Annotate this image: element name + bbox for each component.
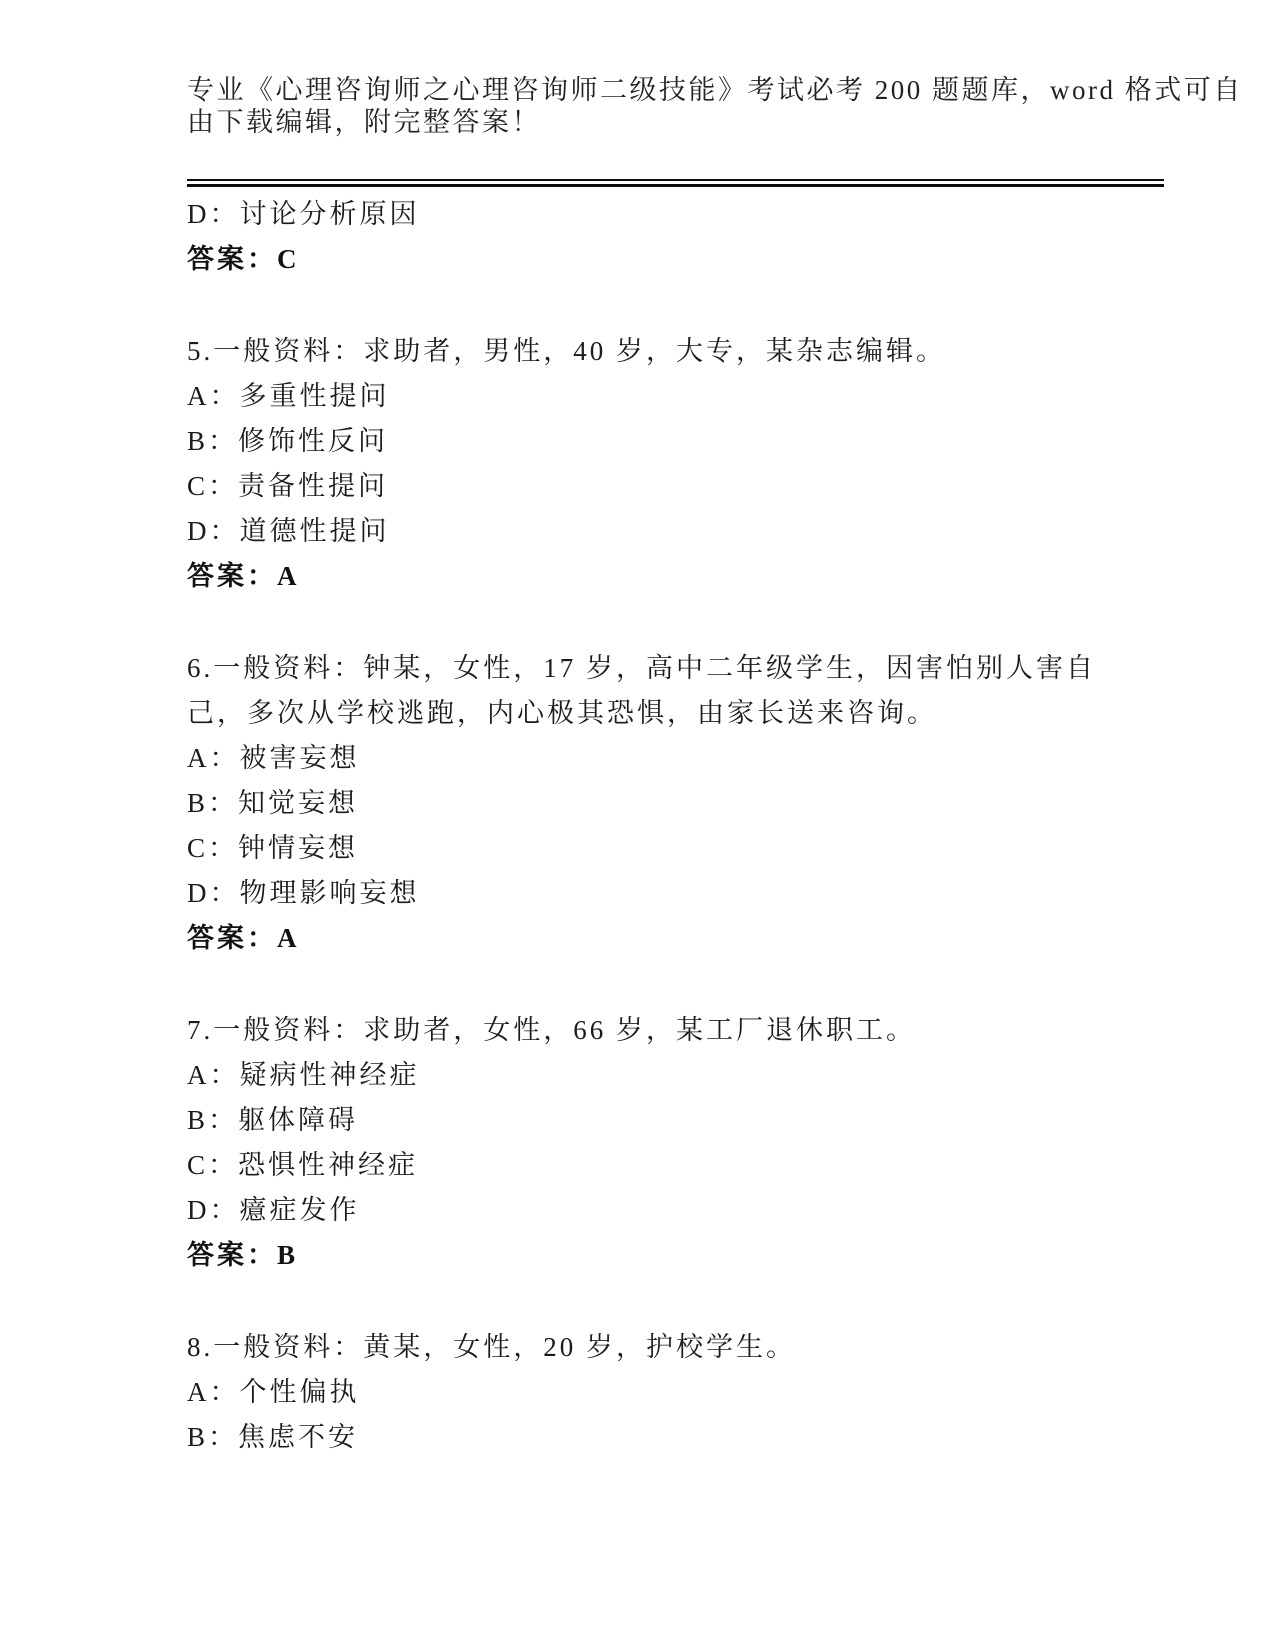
question-stem-line: 8.一般资料：黄某，女性，20 岁，护校学生。: [187, 1325, 1147, 1370]
answer-line: 答案：C: [187, 237, 1147, 282]
question-stem-line: 7.一般资料：求助者，女性，66 岁，某工厂退休职工。: [187, 1008, 1147, 1053]
document-body: D：讨论分析原因 答案：C 5.一般资料：求助者，男性，40 岁，大专，某杂志编…: [187, 192, 1147, 1460]
document-header: 专业《心理咨询师之心理咨询师二级技能》考试必考 200 题题库，word 格式可…: [187, 74, 1147, 138]
answer-line: 答案：A: [187, 916, 1147, 961]
option-line: A：疑病性神经症: [187, 1053, 1147, 1098]
header-line-1: 专业《心理咨询师之心理咨询师二级技能》考试必考 200 题题库，word 格式可…: [187, 74, 1147, 106]
option-line: C：责备性提问: [187, 464, 1147, 509]
option-line: C：钟情妄想: [187, 826, 1147, 871]
header-divider-rule: [187, 179, 1164, 187]
option-line: A：个性偏执: [187, 1370, 1147, 1415]
question-stem-line: 5.一般资料：求助者，男性，40 岁，大专，某杂志编辑。: [187, 329, 1147, 374]
option-line: D：道德性提问: [187, 509, 1147, 554]
option-line: A：多重性提问: [187, 374, 1147, 419]
option-line: D：癔症发作: [187, 1188, 1147, 1233]
document-page: 专业《心理咨询师之心理咨询师二级技能》考试必考 200 题题库，word 格式可…: [0, 0, 1275, 1650]
question-stem-line: 己，多次从学校逃跑，内心极其恐惧，由家长送来咨询。: [187, 691, 1147, 736]
questions-container: 5.一般资料：求助者，男性，40 岁，大专，某杂志编辑。A：多重性提问B：修饰性…: [187, 329, 1147, 1460]
question-block-8: 8.一般资料：黄某，女性，20 岁，护校学生。A：个性偏执B：焦虑不安: [187, 1325, 1147, 1460]
option-line: B：躯体障碍: [187, 1098, 1147, 1143]
question-stem-line: 6.一般资料：钟某，女性，17 岁，高中二年级学生，因害怕别人害自: [187, 646, 1147, 691]
question-block-5: 5.一般资料：求助者，男性，40 岁，大专，某杂志编辑。A：多重性提问B：修饰性…: [187, 329, 1147, 599]
option-line: B：修饰性反问: [187, 419, 1147, 464]
option-line: B：焦虑不安: [187, 1415, 1147, 1460]
header-line-2: 由下载编辑，附完整答案！: [187, 106, 1147, 138]
option-line: B：知觉妄想: [187, 781, 1147, 826]
option-line: A：被害妄想: [187, 736, 1147, 781]
option-line: C：恐惧性神经症: [187, 1143, 1147, 1188]
answer-line: 答案：A: [187, 554, 1147, 599]
option-line: D：讨论分析原因: [187, 192, 1147, 237]
answer-line: 答案：B: [187, 1233, 1147, 1278]
carryover-question-fragment: D：讨论分析原因 答案：C: [187, 192, 1147, 282]
option-line: D：物理影响妄想: [187, 871, 1147, 916]
question-block-7: 7.一般资料：求助者，女性，66 岁，某工厂退休职工。A：疑病性神经症B：躯体障…: [187, 1008, 1147, 1278]
question-block-6: 6.一般资料：钟某，女性，17 岁，高中二年级学生，因害怕别人害自己，多次从学校…: [187, 646, 1147, 961]
